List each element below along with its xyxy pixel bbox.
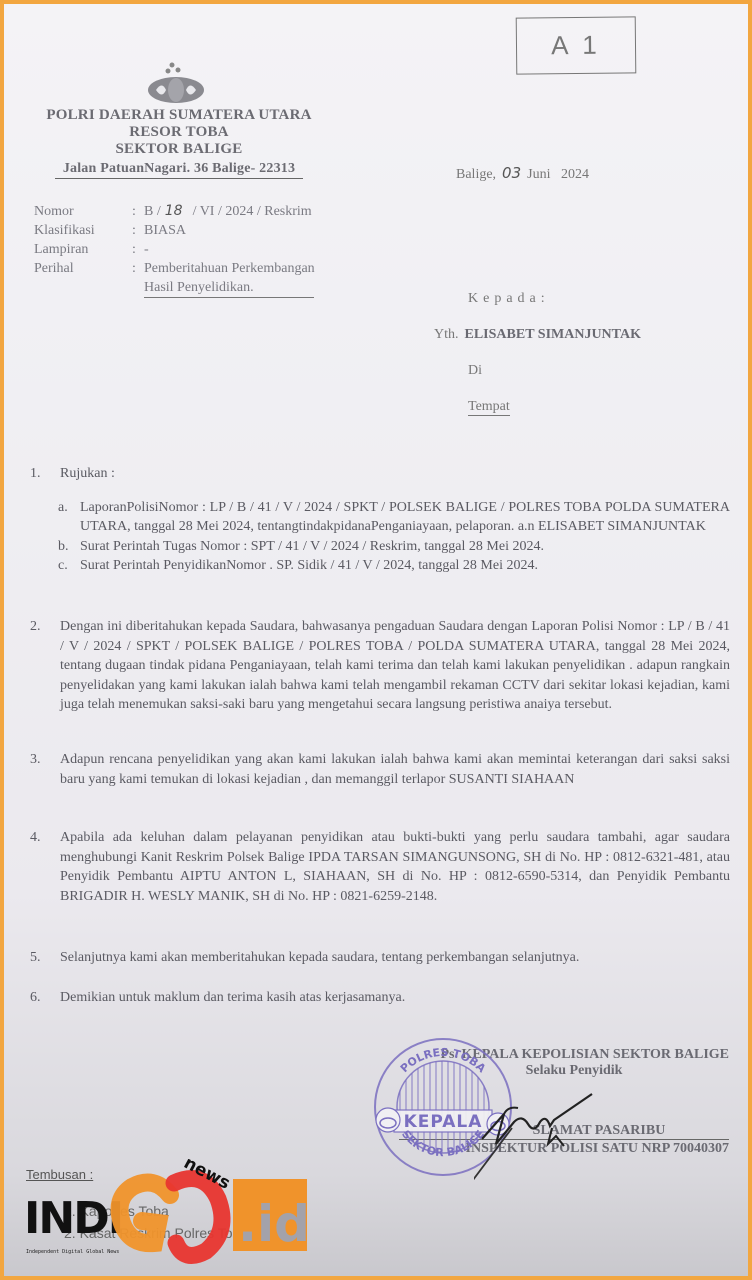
signatory-rank: INSPEKTUR POLISI SATU NRP 70040307 <box>399 1139 729 1157</box>
svg-text:INDI: INDI <box>24 1193 122 1244</box>
recipient-name: ELISABET SIMANJUNTAK <box>465 327 641 342</box>
lampiran-label: Lampiran <box>34 240 132 259</box>
nomor-handwritten: 18 <box>165 203 183 219</box>
lampiran-value: - <box>144 240 149 259</box>
item-4: 4.Apabila ada keluhan dalam pelayanan pe… <box>30 828 730 906</box>
tempat-label: Tempat <box>468 399 510 416</box>
date-year: 2024 <box>561 167 589 182</box>
item-5: 5.Selanjutnya kami akan memberitahukan k… <box>30 948 730 968</box>
date-day-handwritten: 03 <box>502 164 521 182</box>
signatory-name: SLAMAT PASARIBU <box>359 1123 729 1139</box>
document-code-box: A 1 <box>516 16 637 74</box>
letterhead-address: Jalan PatuanNagari. 36 Balige- 22313 <box>55 160 303 179</box>
letterhead-line-2: RESOR TOBA <box>24 124 334 141</box>
di-label: Di <box>468 363 641 379</box>
yth-label: Yth. <box>434 327 459 342</box>
kepada-label: Kepada: <box>468 291 641 307</box>
letter-meta: Nomor : B /18/ VI / 2024 / Reskrim Klasi… <box>34 202 315 298</box>
item-3: 3.Adapun rencana penyelidikan yang akan … <box>30 750 730 789</box>
place-date: Balige,03Juni 2024 <box>456 164 589 183</box>
signature-block: Ps. KEPALA KEPOLISIAN SEKTOR BALIGE Sela… <box>359 1047 729 1157</box>
nomor-value: B /18/ VI / 2024 / Reskrim <box>144 202 312 221</box>
nomor-label: Nomor <box>34 202 132 221</box>
signatory-role: Selaku Penyidik <box>359 1063 729 1079</box>
letterhead: POLRI DAERAH SUMATERA UTARA RESOR TOBA S… <box>24 107 334 179</box>
perihal-label: Perihal <box>34 259 132 298</box>
polri-emblem-icon <box>146 60 206 104</box>
item-2: 2.Dengan ini diberitahukan kepada Saudar… <box>30 617 730 715</box>
svg-text:.id: .id <box>238 1195 310 1253</box>
rujukan-b: b.Surat Perintah Tugas Nomor : SPT / 41 … <box>58 537 730 557</box>
item-1-heading: Rujukan : <box>60 464 730 484</box>
item-1: 1.Rujukan : a.LaporanPolisiNomor : LP / … <box>30 464 730 576</box>
letterhead-line-3: SEKTOR BALIGE <box>24 141 334 158</box>
klasifikasi-value: BIASA <box>144 221 186 240</box>
rujukan-a: a.LaporanPolisiNomor : LP / B / 41 / V /… <box>58 498 730 537</box>
indigo-news-logo-icon: INDI Independent Digital Global News new… <box>24 1159 314 1269</box>
item-6: 6.Demikian untuk maklum dan terima kasih… <box>30 988 730 1008</box>
date-month: Juni <box>527 167 550 182</box>
place: Balige, <box>456 167 496 182</box>
signatory-title: Ps. KEPALA KEPOLISIAN SEKTOR BALIGE <box>359 1047 729 1063</box>
document-page: A 1 POLRI DAERAH SUMATERA UTARA RESOR TO… <box>4 4 748 1276</box>
letterhead-line-1: POLRI DAERAH SUMATERA UTARA <box>24 107 334 124</box>
svg-text:Independent Digital Global New: Independent Digital Global News <box>26 1249 119 1255</box>
recipient-block: Kepada: Yth.ELISABET SIMANJUNTAK Di Temp… <box>434 291 641 416</box>
klasifikasi-label: Klasifikasi <box>34 221 132 240</box>
rujukan-c: c.Surat Perintah PenyidikanNomor . SP. S… <box>58 556 730 576</box>
perihal-value: Pemberitahuan Perkembangan Hasil Penyeli… <box>144 259 315 298</box>
